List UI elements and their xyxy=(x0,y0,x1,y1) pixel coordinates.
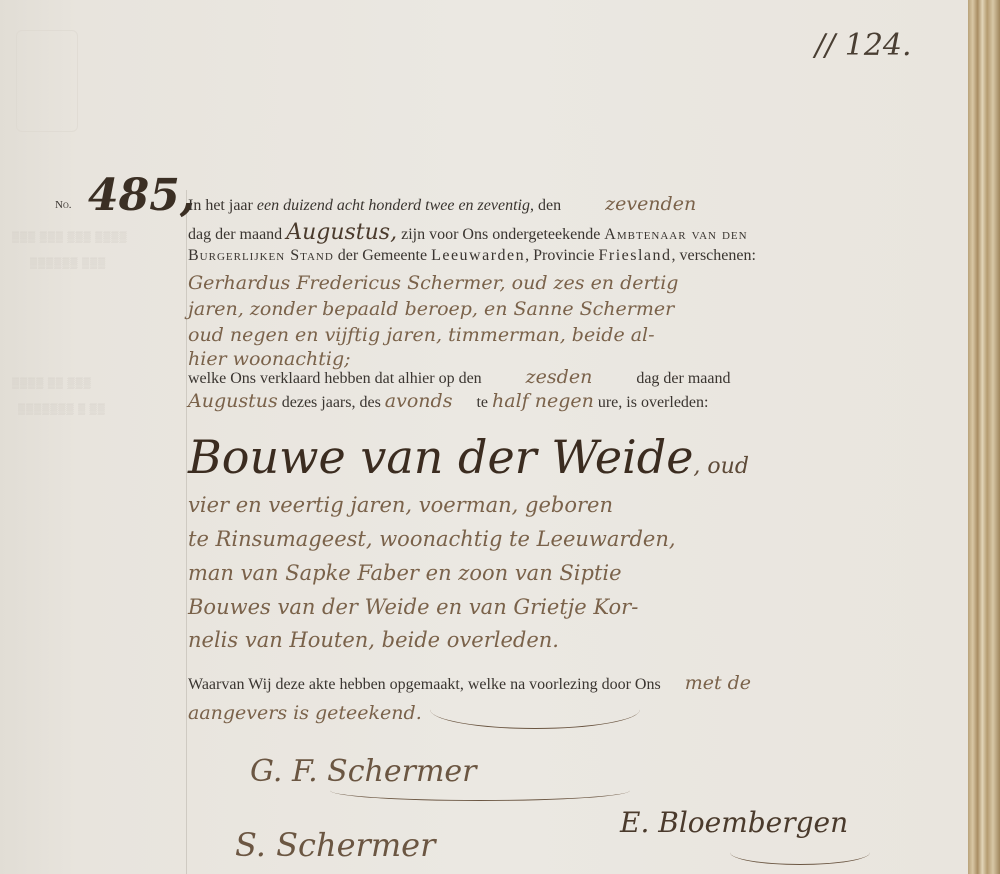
handwritten-hour: half negen xyxy=(492,390,594,412)
printed-official-title: Ambtenaar van den xyxy=(604,226,747,243)
printed-text: , den xyxy=(530,197,561,214)
margin-rule xyxy=(186,190,187,874)
handwritten-month: Augustus, xyxy=(286,220,397,245)
text-line-9: Augustus dezes jaars, des avonds te half… xyxy=(188,390,708,412)
text-line-1: In het jaar een duizend acht honderd twe… xyxy=(188,193,696,215)
handwritten-text: met de xyxy=(685,672,751,694)
handwritten-line-4: Gerhardus Fredericus Schermer, oud zes e… xyxy=(188,272,678,294)
embossed-stamp xyxy=(16,30,78,132)
signature-declarant-2: S. Schermer xyxy=(235,826,435,864)
text-line-2: dag der maand Augustus, zijn voor Ons on… xyxy=(188,220,748,245)
printed-text: ure, is overleden: xyxy=(594,394,709,411)
bleed-through-text: ▒▒▒ ▒▒▒ ▒▒▒ ▒▒▒▒ xyxy=(12,232,128,243)
document-page: ▒▒▒ ▒▒▒ ▒▒▒ ▒▒▒▒ ▒▒▒▒▒▒ ▒▒▒ ▒▒▒▒ ▒▒ ▒▒▒ … xyxy=(0,0,968,874)
municipality: Leeuwarden xyxy=(431,247,525,264)
text-line-8: welke Ons verklaard hebben dat alhier op… xyxy=(188,366,731,388)
bleed-through-text: ▒▒▒▒▒▒▒ ▒ ▒▒ xyxy=(18,404,106,415)
signature-flourish xyxy=(730,840,870,865)
handwritten-line-6: oud negen en vijftig jaren, timmerman, b… xyxy=(188,324,655,346)
handwritten-time-of-day: avonds xyxy=(385,390,453,412)
printed-text: dag der maand xyxy=(188,226,286,243)
handwritten-line-11: vier en veertig jaren, voerman, geboren xyxy=(188,493,613,517)
act-number: 485, xyxy=(88,170,195,221)
printed-text: dezes jaars, des xyxy=(278,394,385,411)
handwritten-death-day: zesden xyxy=(526,366,593,388)
printed-year: een duizend acht honderd twee en zeventi… xyxy=(257,197,530,214)
deceased-name: Bouwe van der Weide xyxy=(188,430,693,484)
printed-text: te xyxy=(472,394,492,411)
folio-number: // 124. xyxy=(815,28,912,63)
printed-text: dag der maand xyxy=(636,370,730,387)
handwritten-line-17: aangevers is geteekend. xyxy=(188,702,422,724)
handwritten-line-5: jaren, zonder bepaald beroep, en Sanne S… xyxy=(188,298,674,320)
province: Friesland xyxy=(598,247,671,264)
text-line-3: Burgerlijken Stand der Gemeente Leeuward… xyxy=(188,247,756,265)
printed-text: welke Ons verklaard hebben dat alhier op… xyxy=(188,370,486,387)
handwritten-line-15: nelis van Houten, beide overleden. xyxy=(188,628,559,652)
handwritten-day: zevenden xyxy=(605,193,696,215)
printed-text: Burgerlijken Stand xyxy=(188,247,334,264)
signature-registrar: E. Bloembergen xyxy=(620,806,848,839)
printed-text: , Provincie xyxy=(525,247,598,264)
handwritten-month: Augustus xyxy=(188,390,278,412)
act-number-label: No. xyxy=(55,199,71,211)
bleed-through-text: ▒▒▒▒ ▒▒ ▒▒▒ xyxy=(12,378,92,389)
printed-text: der Gemeente xyxy=(334,247,431,264)
handwritten-line-14: Bouwes van der Weide en van Grietje Kor- xyxy=(188,595,638,619)
printed-text: In het jaar xyxy=(188,197,257,214)
signature-underline xyxy=(330,780,630,801)
pen-flourish xyxy=(430,690,640,729)
handwritten-line-12: te Rinsumageest, woonachtig te Leeuwarde… xyxy=(188,527,676,551)
bleed-through-text: ▒▒▒▒▒▒ ▒▒▒ xyxy=(30,258,106,269)
handwritten-text: , oud xyxy=(693,454,748,479)
printed-text: zijn voor Ons ondergeteekende xyxy=(397,226,604,243)
deceased-name-line: Bouwe van der Weide, oud xyxy=(188,430,749,484)
printed-text: , verschenen: xyxy=(672,247,756,264)
handwritten-line-13: man van Sapke Faber en zoon van Siptie xyxy=(188,561,622,585)
book-binding-edge xyxy=(968,0,1000,874)
